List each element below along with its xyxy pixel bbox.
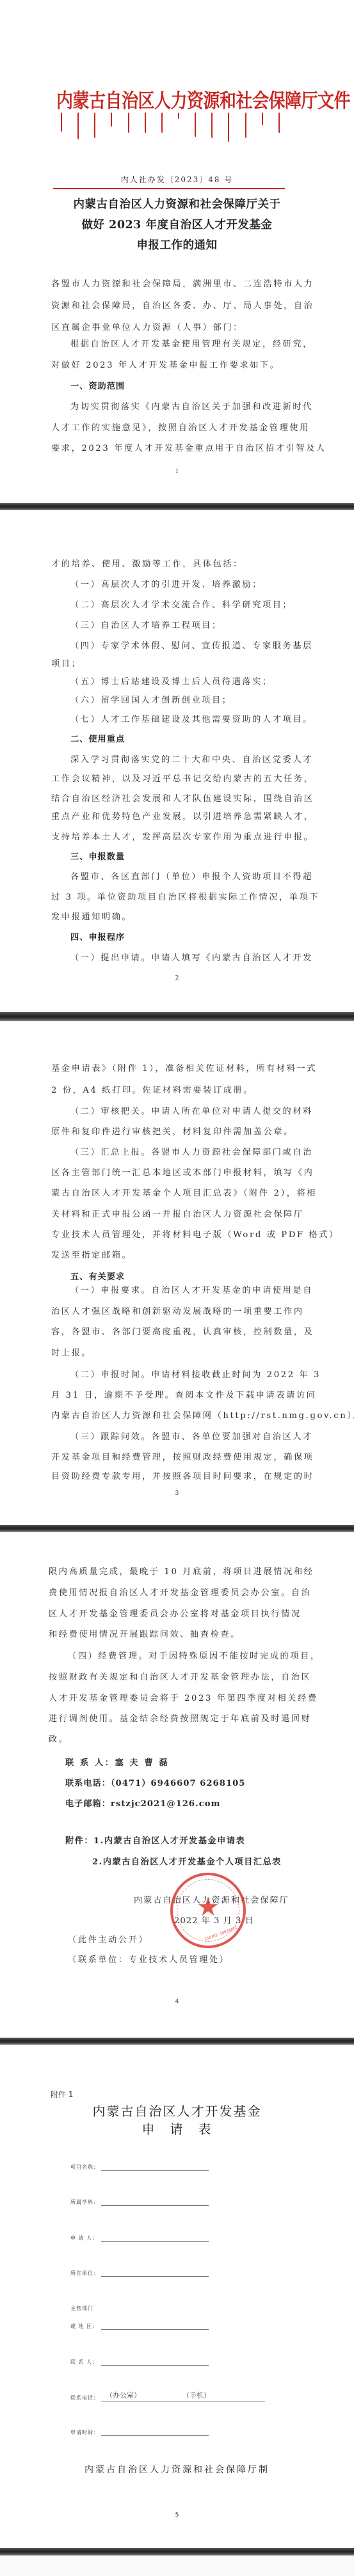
- red-divider: [53, 188, 285, 189]
- notice-title-line-2: 做好 2023 年度自治区人才开发基金: [0, 216, 354, 232]
- office-phone-label: （办公室）: [106, 2390, 141, 2400]
- addressee-line: 区直属企事业单位人力资源（人事）部门：: [51, 322, 304, 334]
- contact-email[interactable]: 电子邮箱：rstzjc2021@126.com: [65, 1799, 318, 1810]
- page-separator: [0, 1525, 354, 1532]
- section-heading-5: 五、有关要求: [70, 1272, 304, 1283]
- list-item: （六）留学回国人才创新创业项目；: [70, 695, 304, 706]
- list-item: （四）专家学术休假、慰问、宣传报道、专家服务基层: [70, 641, 304, 652]
- attachment-item-1: 附件：1.内蒙古自治区人才开发基金申请表: [65, 1836, 318, 1847]
- paragraph-line: 发申报通知明确。: [51, 912, 304, 923]
- paragraph-line: 过 3 项。单位资助项目自治区将根据实际工作情况，单项下: [51, 892, 304, 903]
- list-item: （一）高层次人才的引进开发、培养激励；: [70, 579, 304, 591]
- form-issuer: 内蒙古自治区人力资源和社会保障厅制: [0, 2463, 354, 2476]
- page-separator: [0, 2548, 354, 2556]
- mobile-phone-label: （手机）: [182, 2390, 211, 2400]
- paragraph-line: 容，各盟市、各部门要高度重视，认真审核，控制数量，及: [51, 1327, 304, 1338]
- paragraph-line: 限内高质量完成，最晚于 10 月底前，将项目进展情况和经: [49, 1566, 302, 1578]
- page-separator: [0, 503, 354, 510]
- paragraph-line: 进行调剂使用。基金结余经费按照规定于年底前及时退回财: [49, 1713, 302, 1725]
- page-number: 5: [0, 2512, 354, 2518]
- paragraph-line: （二）审核把关。申请人所在单位对申请人提交的材料: [70, 1106, 304, 1118]
- paragraph-line: 治区人才强区战略和创新驱动发展战略的一项重要工作内: [51, 1306, 304, 1318]
- section-heading-2: 二、使用重点: [70, 734, 304, 745]
- page-4: 限内高质量完成，最晚于 10 月底前，将项目进展情况和经 费使用情况报自治区人才…: [0, 1532, 354, 2038]
- page-number: 1: [0, 469, 354, 475]
- paragraph-line: 基金申请表》（附件 1），准备相关佐证材料，所有材料一式: [51, 1063, 304, 1075]
- field-label-region: 或 地 区：: [70, 2323, 98, 2330]
- paragraph-line: （三）汇总上报。各盟市人力资源社会保障部门或自治: [70, 1147, 304, 1159]
- paragraph-line: 深入学习贯彻落实党的二十大和中央、自治区党委人才: [70, 754, 304, 766]
- document-viewer: 内蒙古自治区人力资源和社会保障厅文件 内人社办发〔2023〕48 号 内蒙古自治…: [0, 0, 354, 2576]
- organization-input[interactable]: [101, 2276, 209, 2277]
- page-number: 4: [0, 1999, 354, 2005]
- applicant-input[interactable]: [101, 2241, 209, 2242]
- paragraph-line: 为切实贯彻落实《内蒙古自治区关于加强和改进新时代: [70, 402, 304, 413]
- department-region-input[interactable]: [101, 2329, 209, 2330]
- paragraph-line: 内蒙古自治区人力资源和社会保障网（http://rst.nmg.gov.cn）。: [51, 1410, 304, 1422]
- paragraph-line: 2 份，A4 纸打印。佐证材料需要装订成册。: [51, 1085, 304, 1097]
- list-item: （二）高层次人才学术交流合作、科学研究项目；: [70, 600, 304, 611]
- list-item: （三）自治区人才培养工程项目；: [70, 620, 304, 632]
- star-icon: ★: [173, 1894, 243, 1920]
- paragraph-line: 开发基金项目和经费管理，按照财政经费使用规定，确保项: [51, 1452, 304, 1464]
- paragraph-line: 专业技术人员管理处，并将材料电子版（Word 或 PDF 格式）: [51, 1229, 304, 1241]
- field-label-organization: 所在单位：: [70, 2270, 99, 2277]
- paragraph-line: 工作会议精神，以及习近平总书记交给内蒙古的五大任务，: [51, 774, 304, 785]
- paragraph-line: （三）跟踪问效。各盟市、各单位要加强对自治区人才: [70, 1432, 304, 1443]
- paragraph-line: 月 31 日，逾期不予受理。查阅本文件及下载申请表请访问: [51, 1390, 304, 1401]
- section-heading-4: 四、申报程序: [70, 932, 304, 944]
- field-label-contact-person: 联 系 人：: [70, 2359, 98, 2366]
- page-2: 才的培养、使用、激励等工作，具体包括： （一）高层次人才的引进开发、培养激励； …: [0, 510, 354, 1012]
- list-item: 项目；: [51, 659, 304, 670]
- field-label-application-date: 申请时间：: [70, 2429, 99, 2436]
- field-label-applicant: 申 请 人：: [70, 2235, 98, 2242]
- paragraph-line: （四）经费管理。对于因特殊原因不能按时完成的项目，: [68, 1651, 302, 1662]
- contact-phone: 联系电话：（0471）6946607 6268105: [65, 1778, 318, 1790]
- paragraph-line: 目资助经费专款专用，并按照各项目时间要求，在规定的时: [51, 1471, 304, 1483]
- paragraph-line: 人才工作的实施意见》，按照自治区人才开发基金管理使用: [51, 423, 304, 434]
- intro-line: 对做好 2023 年人才开发基金申报工作要求如下。: [51, 360, 304, 371]
- discipline-input[interactable]: [101, 2205, 209, 2206]
- contact-person: 联 系 人：塞 夫 曹 磊: [65, 1758, 318, 1769]
- paragraph-line: 政。: [49, 1734, 302, 1745]
- paragraph-line: 发送至指定邮箱。: [51, 1250, 304, 1261]
- paragraph-line: 按照财政有关规定和自治区人才开发基金管理办法，自治区: [49, 1672, 302, 1683]
- page-separator: [0, 2038, 354, 2045]
- contact-unit-note: （联系单位：专业技术人员管理处）: [68, 1955, 321, 1966]
- addressee-line: 资源和社会保障局，自治区各委、办、厅、局人事处，自治: [51, 301, 304, 312]
- paragraph-line: 才的培养、使用、激励等工作，具体包括：: [51, 559, 304, 570]
- addressee-line: 各盟市人力资源和社会保障局，满洲里市、二连浩特市人力: [51, 279, 304, 290]
- attachment-label: 附件 1: [51, 2089, 73, 2100]
- notice-title-line-1: 内蒙古自治区人力资源和社会保障厅关于: [0, 196, 354, 212]
- application-date-input[interactable]: [101, 2435, 209, 2436]
- attachment-item-2: 2.内蒙古自治区人才开发基金个人项目汇总表: [92, 1857, 345, 1868]
- paragraph-line: 原件和复印件进行审核把关，材料复印件需加盖公章。: [51, 1127, 304, 1138]
- official-seal: ★ 150102 10034471: [170, 1873, 246, 1948]
- document-number: 内人社办发〔2023〕48 号: [0, 174, 354, 185]
- field-label-discipline: 所属学科：: [70, 2199, 99, 2206]
- page-6-top: [0, 2556, 354, 2576]
- page-3: 基金申请表》（附件 1），准备相关佐证材料，所有材料一式 2 份，A4 纸打印。…: [0, 1021, 354, 1525]
- form-title-line-2: 申 请 表: [0, 2119, 354, 2137]
- paragraph-line: 和经费使用情况开展跟踪问效、抽查检查。: [49, 1629, 302, 1641]
- contact-phone-input[interactable]: [101, 2401, 265, 2401]
- paragraph-line: 蒙古自治区人才开发基金个人项目汇总表》（附件 2），将相: [51, 1188, 304, 1199]
- project-name-input[interactable]: [101, 2170, 209, 2171]
- paragraph-line: 时上报。: [51, 1348, 304, 1359]
- paragraph-line: 要求，2023 年度人才开发基金重点用于自治区招才引智及人: [51, 443, 304, 455]
- mongolian-script-header: [61, 113, 282, 144]
- page-1: 内蒙古自治区人力资源和社会保障厅文件 内人社办发〔2023〕48 号 内蒙古自治…: [0, 0, 354, 503]
- list-item: （七）人才工作基础建设及其他需要资助的人才项目。: [70, 714, 304, 726]
- page-number: 2: [0, 975, 354, 981]
- page-number: 3: [0, 1490, 354, 1497]
- field-label-project-name: 项目名称：: [70, 2164, 99, 2171]
- paragraph-line: （一）提出申请。申请人填写《内蒙古自治区人才开发: [70, 953, 304, 964]
- contact-person-input[interactable]: [101, 2365, 209, 2366]
- intro-line: 根据自治区人才开发基金使用管理有关规定，经研究，: [70, 339, 304, 350]
- section-heading-1: 一、资助范围: [70, 381, 304, 393]
- paragraph-line: 人才开发基金管理委员会将于 2023 年第四季度对相关经费: [49, 1693, 302, 1705]
- notice-title-line-3: 申报工作的通知: [0, 237, 354, 253]
- paragraph-line: 区各主管部门统一汇总本地区或本部门申报材料，填写《内: [51, 1167, 304, 1179]
- paragraph-line: 费使用情况报自治区人才开发基金管理委员会办公室。自治: [49, 1588, 302, 1599]
- paragraph-line: 区人才开发基金管理委员会办公室将对基金项目执行情况: [49, 1609, 302, 1620]
- red-header-title: 内蒙古自治区人力资源和社会保障厅文件: [56, 86, 296, 114]
- paragraph-line: 重点产业和优势特色产业发展，以引进培养急需紧缺人才，: [51, 811, 304, 823]
- field-label-contact-phone: 联系电话：: [70, 2394, 99, 2401]
- paragraph-line: 关材料和正式申报公函一并报自治区人力资源社会保障厅: [51, 1209, 304, 1221]
- field-label-department-pre: 主管部门: [70, 2305, 93, 2312]
- paragraph-line: 结合自治区经济社会发展和人才队伍建设实际，围绕自治区: [51, 793, 304, 805]
- paragraph-line: （二）申报时间。申请材料接收截止时间为 2022 年 3: [70, 1370, 304, 1381]
- page-5: 附件 1 内蒙古自治区人才开发基金 申 请 表 项目名称： 所属学科： 申 请 …: [0, 2045, 354, 2548]
- paragraph-line: （一）申报要求。自治区人才开发基金的申请使用是自: [70, 1285, 304, 1297]
- paragraph-line: 支持培养本土人才，发挥高层次专家作用为重点进行申报。: [51, 832, 304, 843]
- list-item: （五）博士后站建设及博士后人员待遇落实；: [70, 676, 304, 688]
- section-heading-3: 三、申报数量: [70, 852, 304, 863]
- page-separator: [0, 1012, 354, 1021]
- form-title-line-1: 内蒙古自治区人才开发基金: [0, 2101, 354, 2119]
- paragraph-line: 各盟市、各区直部门（单位）申报个人资助项目不得超: [70, 871, 304, 883]
